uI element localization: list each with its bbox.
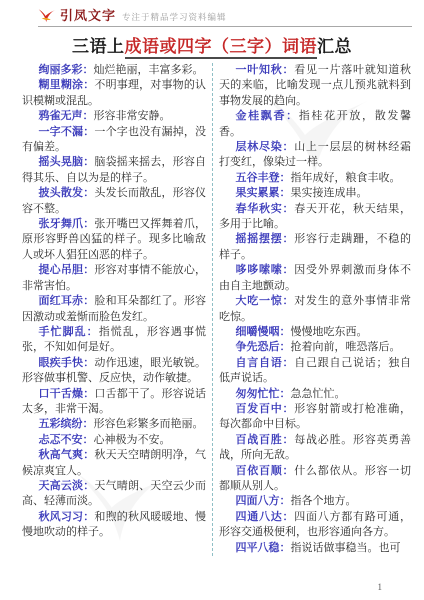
idiom-entry: 层林尽染：山上一层层的树林经霜打变红，像染过一样。 xyxy=(219,140,411,171)
idiom-term: 果实累累： xyxy=(236,187,291,199)
title-suffix: 汇总 xyxy=(317,37,352,56)
idiom-definition: 急急忙忙。 xyxy=(291,388,346,400)
idiom-term: 四平八稳： xyxy=(236,542,291,554)
idiom-term: 糊里糊涂： xyxy=(39,79,95,91)
title-highlight: 成语或四字（三字）词语 xyxy=(125,37,318,59)
idiom-list: 绚丽多彩：灿烂艳丽，丰富多彩。糊里糊涂：不明事理，对事物的认识模糊或混乱。鸦雀无… xyxy=(22,63,412,556)
idiom-entry: 五彩缤纷：形容色彩繁多而艳丽。 xyxy=(22,417,206,432)
idiom-entry: 摇头晃脑：脑袋摇来摇去，形容自得其乐、自以为是的样子。 xyxy=(22,155,206,186)
idiom-term: 摇头晃脑： xyxy=(39,156,95,168)
idiom-entry: 四面八方：指各个地方。 xyxy=(219,494,411,509)
idiom-entry: 天高云淡：天气晴朗、天空云少而高、轻薄而淡。 xyxy=(22,479,206,510)
header-divider xyxy=(38,26,412,27)
idiom-term: 手忙脚乱： xyxy=(39,326,99,338)
idiom-entry: 春华秋实：春天开花，秋天结果，多用于比喻。 xyxy=(219,202,411,233)
idiom-term: 争先恐后： xyxy=(236,341,291,353)
idiom-entry: 秋风习习：和煦的秋风暖暖地、慢慢地吹动的样子。 xyxy=(22,510,206,541)
page-number: 1 xyxy=(378,582,383,592)
idiom-term: 鸦雀无声： xyxy=(39,110,94,122)
idiom-definition: 抢着向前，唯恐落后。 xyxy=(291,341,401,353)
idiom-term: 摇摇摆摆： xyxy=(236,233,295,245)
idiom-term: 口干舌燥： xyxy=(39,388,95,400)
idiom-entry: 百依百顺：什么都依从。形容一切都顺从别人。 xyxy=(219,464,411,495)
idiom-definition: 慢慢地吃东西。 xyxy=(291,326,368,338)
idiom-entry: 争先恐后：抢着向前，唯恐落后。 xyxy=(219,340,411,355)
idiom-term: 绚丽多彩： xyxy=(39,64,94,76)
idiom-definition: 灿烂艳丽，丰富多彩。 xyxy=(94,64,204,76)
title-prefix: 三语上 xyxy=(72,37,125,56)
idiom-definition: 形容色彩繁多而艳丽。 xyxy=(94,418,204,430)
column-left: 绚丽多彩：灿烂艳丽，丰富多彩。糊里糊涂：不明事理，对事物的认识模糊或混乱。鸦雀无… xyxy=(22,63,206,556)
idiom-entry: 口干舌燥：口舌都干了。形容说话太多，非常干渴。 xyxy=(22,387,206,418)
idiom-term: 披头散发： xyxy=(39,187,95,199)
idiom-entry: 自言自语：自己跟自己说话；独自低声说话。 xyxy=(219,356,411,387)
idiom-entry: 金桂飘香：指桂花开放，散发馨香。 xyxy=(219,109,411,140)
idiom-term: 眼疾手快： xyxy=(39,357,95,369)
idiom-entry: 披头散发：头发长而散乱，形容仪容不整。 xyxy=(22,186,206,217)
idiom-entry: 糊里糊涂：不明事理，对事物的认识模糊或混乱。 xyxy=(22,78,206,109)
idiom-entry: 哆哆嗦嗦：因受外界刺激而身体不由自主地颤动。 xyxy=(219,263,411,294)
idiom-term: 金桂飘香： xyxy=(236,110,299,122)
idiom-definition: 指说话做事稳当。也可 xyxy=(291,542,401,554)
idiom-term: 自言自语： xyxy=(236,357,295,369)
idiom-term: 大吃一惊： xyxy=(236,295,295,307)
idiom-term: 百发百中： xyxy=(236,403,295,415)
column-divider xyxy=(212,63,213,556)
idiom-definition: 果实接连成串。 xyxy=(291,187,368,199)
idiom-term: 秋风习习： xyxy=(39,511,95,523)
idiom-definition: 指年成好，粮食丰收。 xyxy=(291,172,401,184)
header: 引凤文字 专注于精品学习资料编辑 xyxy=(38,8,412,24)
logo-text: 引凤文字 xyxy=(60,8,116,24)
idiom-term: 百依百顺： xyxy=(236,465,295,477)
idiom-entry: 细嚼慢咽：慢慢地吃东西。 xyxy=(219,325,411,340)
idiom-entry: 四通八达：四面八方都有路可通，形容交通极便利，也形容通向各方。 xyxy=(219,510,411,541)
idiom-entry: 大吃一惊：对发生的意外事情非常吃惊。 xyxy=(219,294,411,325)
idiom-term: 四通八达： xyxy=(236,511,295,523)
idiom-entry: 一字不漏：一个字也没有漏掉，没有偏差。 xyxy=(22,125,206,156)
idiom-entry: 绚丽多彩：灿烂艳丽，丰富多彩。 xyxy=(22,63,206,78)
idiom-entry: 忐忑不安：心神极为不安。 xyxy=(22,433,206,448)
idiom-term: 细嚼慢咽： xyxy=(236,326,291,338)
idiom-term: 匆匆忙忙： xyxy=(236,388,291,400)
idiom-entry: 面红耳赤：脸和耳朵都红了。形容因激动或羞惭而脸色发红。 xyxy=(22,294,206,325)
idiom-term: 哆哆嗦嗦： xyxy=(236,264,295,276)
idiom-entry: 眼疾手快：动作迅速，眼光敏锐。形容做事机警、反应快，动作敏捷。 xyxy=(22,356,206,387)
idiom-definition: 心神极为不安。 xyxy=(94,434,171,446)
idiom-term: 提心吊胆： xyxy=(39,264,95,276)
idiom-entry: 四平八稳：指说话做事稳当。也可 xyxy=(219,541,411,556)
idiom-term: 层林尽染： xyxy=(236,141,295,153)
idiom-entry: 五谷丰登：指年成好，粮食丰收。 xyxy=(219,171,411,186)
column-right: 一叶知秋：看见一片落叶就知道秋天的来临，比喻发现一点儿预兆就料到事物发展的趋向。… xyxy=(219,63,411,556)
idiom-term: 春华秋实： xyxy=(236,203,295,215)
idiom-term: 百战百胜： xyxy=(236,434,295,446)
idiom-entry: 手忙脚乱：指慌乱，形容遇事慌张，不知如何是好。 xyxy=(22,325,206,356)
header-tagline: 专注于精品学习资料编辑 xyxy=(122,10,227,24)
idiom-entry: 秋高气爽：秋天天空晴朗明净，气候凉爽宜人。 xyxy=(22,448,206,479)
page-title: 三语上成语或四字（三字）词语汇总 xyxy=(0,32,424,57)
idiom-term: 五谷丰登： xyxy=(236,172,291,184)
idiom-entry: 摇摇摆摆：形容行走蹒跚，不稳的样子。 xyxy=(219,232,411,263)
idiom-definition: 指各个地方。 xyxy=(291,495,357,507)
phoenix-logo-icon xyxy=(38,8,56,24)
idiom-term: 一字不漏： xyxy=(39,126,95,138)
idiom-entry: 果实累累：果实接连成串。 xyxy=(219,186,411,201)
idiom-entry: 鸦雀无声：形容非常安静。 xyxy=(22,109,206,124)
idiom-term: 面红耳赤： xyxy=(39,295,95,307)
idiom-term: 一叶知秋： xyxy=(236,64,295,76)
idiom-entry: 一叶知秋：看见一片落叶就知道秋天的来临，比喻发现一点儿预兆就料到事物发展的趋向。 xyxy=(219,63,411,109)
idiom-term: 秋高气爽： xyxy=(39,449,95,461)
idiom-entry: 张牙舞爪：张开嘴巴又挥舞着爪，原形容野兽凶猛的样子。现多比喻敌人或坏人猖狂凶恶的… xyxy=(22,217,206,263)
idiom-entry: 匆匆忙忙：急急忙忙。 xyxy=(219,387,411,402)
idiom-term: 五彩缤纷： xyxy=(39,418,94,430)
idiom-term: 忐忑不安： xyxy=(39,434,94,446)
idiom-entry: 百发百中：形容射箭或打枪准确，每次都命中目标。 xyxy=(219,402,411,433)
idiom-entry: 百战百胜：每战必胜。形容英勇善战，所向无敌。 xyxy=(219,433,411,464)
idiom-term: 张牙舞爪： xyxy=(39,218,95,230)
idiom-entry: 提心吊胆：形容对事情不能放心，非常害怕。 xyxy=(22,263,206,294)
idiom-term: 四面八方： xyxy=(236,495,291,507)
idiom-definition: 形容非常安静。 xyxy=(94,110,171,122)
idiom-term: 天高云淡： xyxy=(39,480,95,492)
